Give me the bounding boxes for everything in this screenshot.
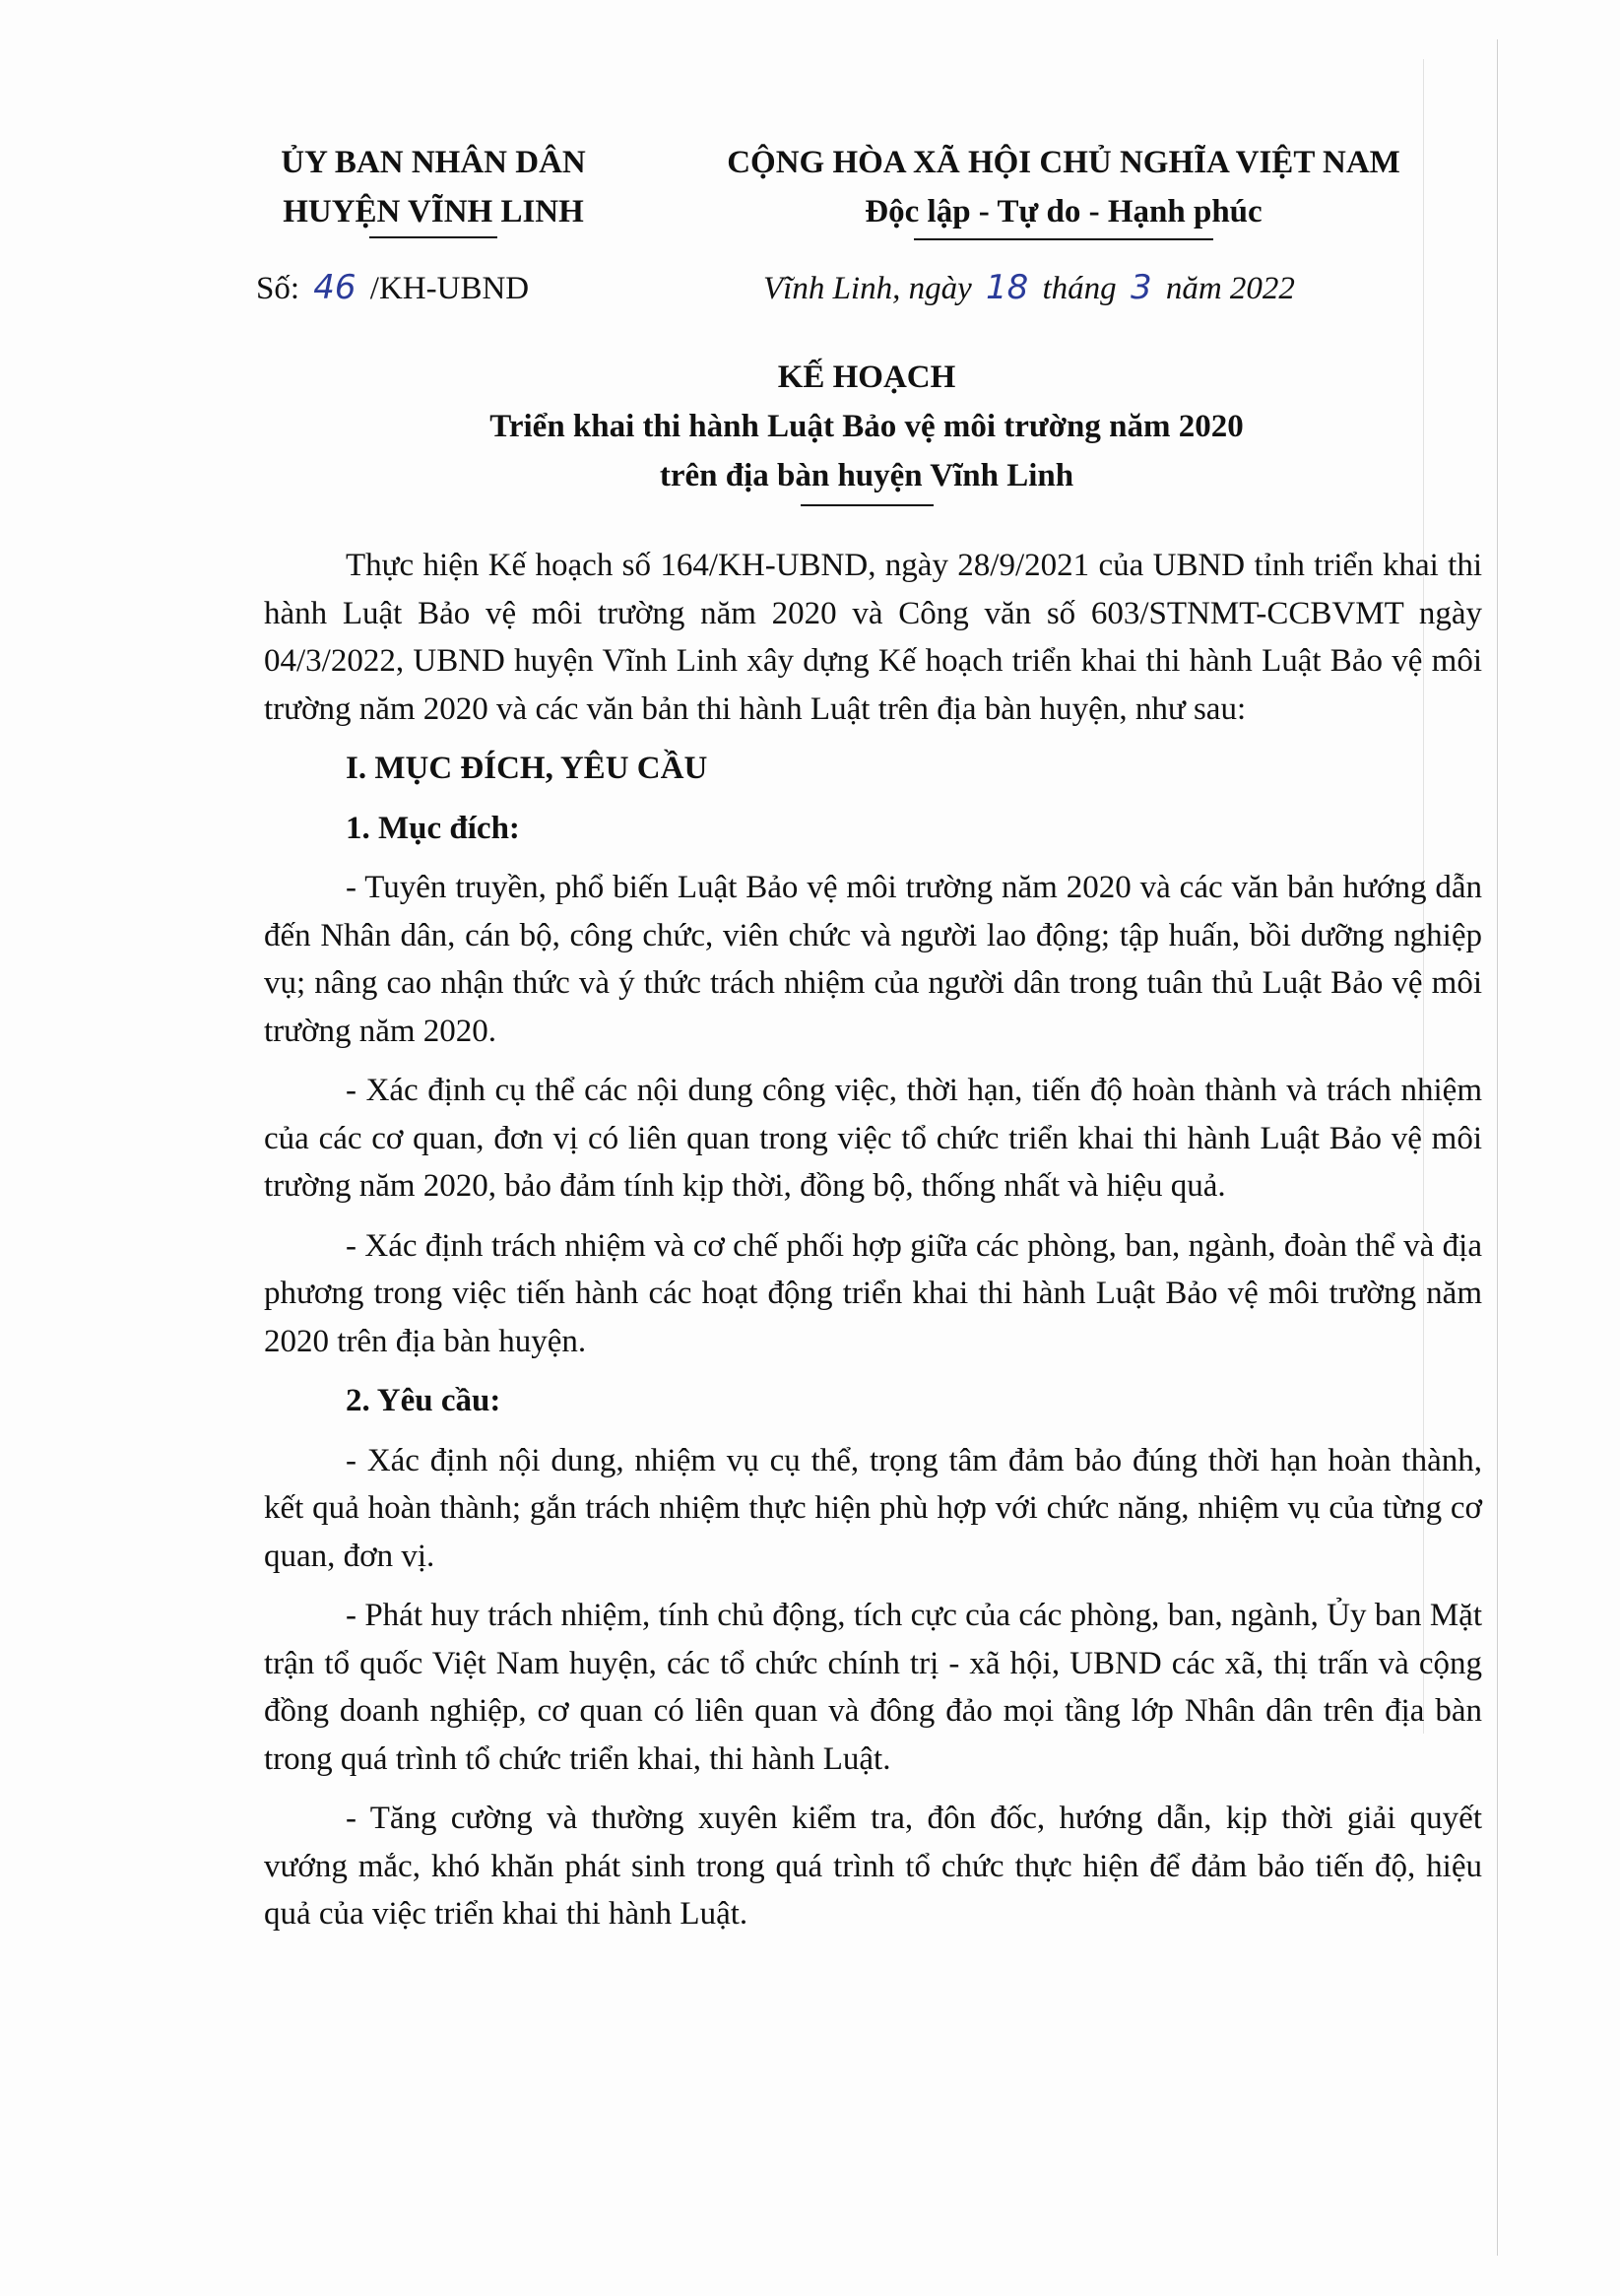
- agency-underline: [369, 236, 497, 238]
- agency-line-2: HUYỆN VĨNH LINH: [227, 187, 640, 236]
- date-day-handwritten: 18: [980, 268, 1034, 307]
- agency-line-1: ỦY BAN NHÂN DÂN: [227, 138, 640, 187]
- subsection-heading: 2. Yêu cầu:: [264, 1377, 1482, 1425]
- date-year: năm 2022: [1166, 271, 1295, 306]
- title-underline: [801, 504, 934, 506]
- document-body: Thực hiện Kế hoạch số 164/KH-UBND, ngày …: [264, 542, 1482, 1950]
- title-sub-2: trên địa bàn huyện Vĩnh Linh: [374, 451, 1359, 500]
- doc-number-prefix: Số:: [256, 271, 299, 306]
- document-title: KẾ HOẠCH Triển khai thi hành Luật Bảo vệ…: [374, 353, 1359, 506]
- date-month-handwritten: 3: [1125, 268, 1158, 307]
- purpose-item: - Xác định trách nhiệm và cơ chế phối hợ…: [264, 1222, 1482, 1366]
- requirement-item: - Phát huy trách nhiệm, tính chủ động, t…: [264, 1592, 1482, 1783]
- title-sub-1: Triển khai thi hành Luật Bảo vệ môi trườ…: [374, 402, 1359, 451]
- requirement-item: - Xác định nội dung, nhiệm vụ cụ thể, tr…: [264, 1437, 1482, 1581]
- doc-number-handwritten: 46: [307, 268, 361, 307]
- date-month-label: tháng: [1043, 271, 1117, 306]
- subsection-heading: 1. Mục đích:: [264, 805, 1482, 853]
- requirement-item: - Tăng cường và thường xuyên kiểm tra, đ…: [264, 1795, 1482, 1938]
- country-name: CỘNG HÒA XÃ HỘI CHỦ NGHĨA VIỆT NAM: [670, 138, 1458, 187]
- doc-number-suffix: /KH-UBND: [370, 271, 529, 306]
- date-prefix: Vĩnh Linh, ngày: [763, 271, 972, 306]
- issuing-agency: ỦY BAN NHÂN DÂN HUYỆN VĨNH LINH: [227, 138, 640, 238]
- motto-underline: [914, 238, 1213, 240]
- purpose-item: - Tuyên truyền, phổ biến Luật Bảo vệ môi…: [264, 864, 1482, 1055]
- purpose-item: - Xác định cụ thể các nội dung công việc…: [264, 1067, 1482, 1211]
- document-number: Số: 46 /KH-UBND: [256, 268, 529, 307]
- title-main: KẾ HOẠCH: [374, 353, 1359, 402]
- scan-artifact-line: [1497, 39, 1498, 2256]
- document-date: Vĩnh Linh, ngày 18 tháng 3 năm 2022: [763, 268, 1295, 307]
- section-heading: I. MỤC ĐÍCH, YÊU CẦU: [264, 745, 1482, 793]
- intro-paragraph: Thực hiện Kế hoạch số 164/KH-UBND, ngày …: [264, 542, 1482, 733]
- national-motto: CỘNG HÒA XÃ HỘI CHỦ NGHĨA VIỆT NAM Độc l…: [670, 138, 1458, 240]
- motto: Độc lập - Tự do - Hạnh phúc: [670, 187, 1458, 236]
